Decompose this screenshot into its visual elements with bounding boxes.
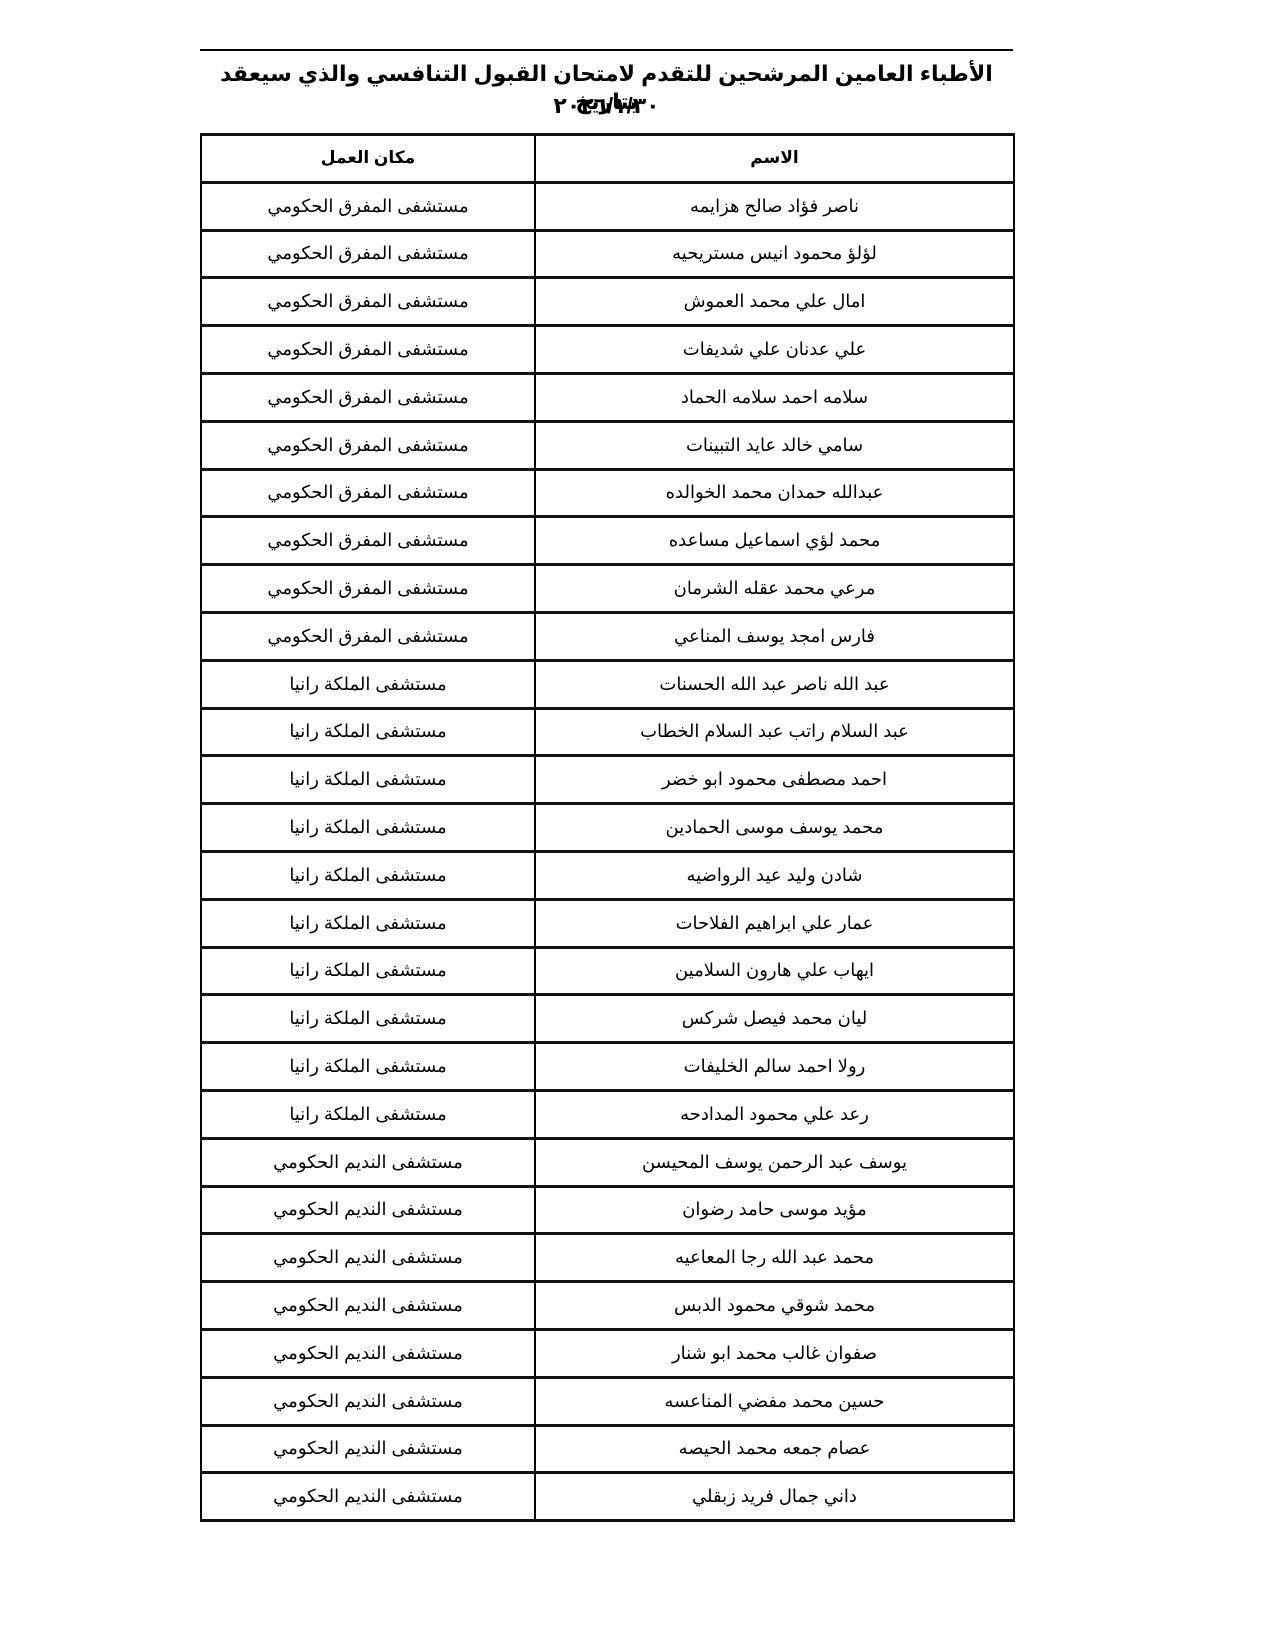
candidate-name-cell: ناصر فؤاد صالح هزايمه	[535, 182, 1014, 230]
column-header-name: الاسم	[535, 135, 1014, 183]
workplace-cell: مستشفى المفرق الحكومي	[201, 469, 535, 517]
table-row: رعد علي محمود المدادحهمستشفى الملكة راني…	[201, 1090, 1014, 1138]
candidate-name-cell: محمد عبد الله رجا المعاعيه	[535, 1234, 1014, 1282]
workplace-cell: مستشفى الملكة رانيا	[201, 995, 535, 1043]
table-row: مرعي محمد عقله الشرمانمستشفى المفرق الحك…	[201, 565, 1014, 613]
table-row: احمد مصطفى محمود ابو خضرمستشفى الملكة را…	[201, 756, 1014, 804]
table-row: رولا احمد سالم الخليفاتمستشفى الملكة ران…	[201, 1043, 1014, 1091]
table-row: علي عدنان علي شديفاتمستشفى المفرق الحكوم…	[201, 326, 1014, 374]
workplace-cell: مستشفى المفرق الحكومي	[201, 230, 535, 278]
workplace-cell: مستشفى المفرق الحكومي	[201, 182, 535, 230]
workplace-cell: مستشفى المفرق الحكومي	[201, 565, 535, 613]
workplace-cell: مستشفى الملكة رانيا	[201, 660, 535, 708]
column-header-workplace: مكان العمل	[201, 135, 535, 183]
candidate-name-cell: مرعي محمد عقله الشرمان	[535, 565, 1014, 613]
candidate-name-cell: محمد يوسف موسى الحمادين	[535, 804, 1014, 852]
table-row: لؤلؤ محمود انيس مستريحيهمستشفى المفرق ال…	[201, 230, 1014, 278]
table-row: محمد شوقي محمود الدبسمستشفى النديم الحكو…	[201, 1282, 1014, 1330]
candidate-name-cell: عبدالله حمدان محمد الخوالده	[535, 469, 1014, 517]
table-row: داني جمال فريد زبقليمستشفى النديم الحكوم…	[201, 1473, 1014, 1521]
candidates-table: الاسم مكان العمل ناصر فؤاد صالح هزايمهمس…	[200, 133, 1015, 1522]
table-row: محمد لؤي اسماعيل مساعدهمستشفى المفرق الح…	[201, 517, 1014, 565]
candidate-name-cell: رولا احمد سالم الخليفات	[535, 1043, 1014, 1091]
candidate-name-cell: عبد السلام راتب عبد السلام الخطاب	[535, 708, 1014, 756]
table-body: ناصر فؤاد صالح هزايمهمستشفى المفرق الحكو…	[201, 182, 1014, 1520]
candidate-name-cell: فارس امجد يوسف المناعي	[535, 612, 1014, 660]
workplace-cell: مستشفى النديم الحكومي	[201, 1329, 535, 1377]
candidate-name-cell: امال علي محمد العموش	[535, 278, 1014, 326]
candidate-name-cell: محمد شوقي محمود الدبس	[535, 1282, 1014, 1330]
workplace-cell: مستشفى المفرق الحكومي	[201, 612, 535, 660]
candidate-name-cell: عصام جمعه محمد الحيصه	[535, 1425, 1014, 1473]
workplace-cell: مستشفى الملكة رانيا	[201, 708, 535, 756]
workplace-cell: مستشفى الملكة رانيا	[201, 756, 535, 804]
workplace-cell: مستشفى المفرق الحكومي	[201, 278, 535, 326]
table-row: فارس امجد يوسف المناعيمستشفى المفرق الحك…	[201, 612, 1014, 660]
workplace-cell: مستشفى الملكة رانيا	[201, 947, 535, 995]
table-row: سامي خالد عايد التبيناتمستشفى المفرق الح…	[201, 421, 1014, 469]
workplace-cell: مستشفى الملكة رانيا	[201, 1090, 535, 1138]
candidate-name-cell: عبد الله ناصر عبد الله الحسنات	[535, 660, 1014, 708]
table-row: ناصر فؤاد صالح هزايمهمستشفى المفرق الحكو…	[201, 182, 1014, 230]
table-row: يوسف عبد الرحمن يوسف المحيسنمستشفى الندي…	[201, 1138, 1014, 1186]
candidate-name-cell: شادن وليد عيد الرواضيه	[535, 851, 1014, 899]
document-page: الأطباء العامين المرشحين للتقدم لامتحان …	[0, 0, 1275, 1650]
candidate-name-cell: محمد لؤي اسماعيل مساعده	[535, 517, 1014, 565]
workplace-cell: مستشفى النديم الحكومي	[201, 1425, 535, 1473]
workplace-cell: مستشفى النديم الحكومي	[201, 1473, 535, 1521]
workplace-cell: مستشفى النديم الحكومي	[201, 1138, 535, 1186]
table-row: محمد يوسف موسى الحمادينمستشفى الملكة ران…	[201, 804, 1014, 852]
candidate-name-cell: ايهاب علي هارون السلامين	[535, 947, 1014, 995]
candidate-name-cell: صفوان غالب محمد ابو شنار	[535, 1329, 1014, 1377]
candidate-name-cell: لؤلؤ محمود انيس مستريحيه	[535, 230, 1014, 278]
candidate-name-cell: سلامه احمد سلامه الحماد	[535, 373, 1014, 421]
workplace-cell: مستشفى المفرق الحكومي	[201, 517, 535, 565]
top-rule-divider	[200, 49, 1013, 51]
table-row: مؤيد موسى حامد رضوانمستشفى النديم الحكوم…	[201, 1186, 1014, 1234]
candidate-name-cell: ليان محمد فيصل شركس	[535, 995, 1014, 1043]
candidate-name-cell: مؤيد موسى حامد رضوان	[535, 1186, 1014, 1234]
table-header-row: الاسم مكان العمل	[201, 135, 1014, 183]
candidate-name-cell: سامي خالد عايد التبينات	[535, 421, 1014, 469]
table-row: حسين محمد مفضي المناعسهمستشفى النديم الح…	[201, 1377, 1014, 1425]
exam-date: ٢٠٢٦/١/٣٠	[200, 92, 1013, 120]
table-row: ليان محمد فيصل شركسمستشفى الملكة رانيا	[201, 995, 1014, 1043]
table-row: امال علي محمد العموشمستشفى المفرق الحكوم…	[201, 278, 1014, 326]
workplace-cell: مستشفى النديم الحكومي	[201, 1377, 535, 1425]
table-row: سلامه احمد سلامه الحمادمستشفى المفرق الح…	[201, 373, 1014, 421]
workplace-cell: مستشفى النديم الحكومي	[201, 1282, 535, 1330]
candidate-name-cell: داني جمال فريد زبقلي	[535, 1473, 1014, 1521]
table-row: ايهاب علي هارون السلامينمستشفى الملكة را…	[201, 947, 1014, 995]
candidate-name-cell: علي عدنان علي شديفات	[535, 326, 1014, 374]
candidate-name-cell: رعد علي محمود المدادحه	[535, 1090, 1014, 1138]
table-row: عبدالله حمدان محمد الخوالدهمستشفى المفرق…	[201, 469, 1014, 517]
candidate-name-cell: عمار علي ابراهيم الفلاحات	[535, 899, 1014, 947]
workplace-cell: مستشفى الملكة رانيا	[201, 851, 535, 899]
workplace-cell: مستشفى النديم الحكومي	[201, 1234, 535, 1282]
workplace-cell: مستشفى الملكة رانيا	[201, 804, 535, 852]
candidate-name-cell: احمد مصطفى محمود ابو خضر	[535, 756, 1014, 804]
candidate-name-cell: حسين محمد مفضي المناعسه	[535, 1377, 1014, 1425]
table-row: صفوان غالب محمد ابو شنارمستشفى النديم ال…	[201, 1329, 1014, 1377]
workplace-cell: مستشفى المفرق الحكومي	[201, 421, 535, 469]
table-row: عصام جمعه محمد الحيصهمستشفى النديم الحكو…	[201, 1425, 1014, 1473]
workplace-cell: مستشفى النديم الحكومي	[201, 1186, 535, 1234]
table-row: محمد عبد الله رجا المعاعيهمستشفى النديم …	[201, 1234, 1014, 1282]
workplace-cell: مستشفى الملكة رانيا	[201, 1043, 535, 1091]
table-row: عبد السلام راتب عبد السلام الخطابمستشفى …	[201, 708, 1014, 756]
table-row: شادن وليد عيد الرواضيهمستشفى الملكة راني…	[201, 851, 1014, 899]
workplace-cell: مستشفى الملكة رانيا	[201, 899, 535, 947]
table-row: عمار علي ابراهيم الفلاحاتمستشفى الملكة ر…	[201, 899, 1014, 947]
table-row: عبد الله ناصر عبد الله الحسناتمستشفى الم…	[201, 660, 1014, 708]
workplace-cell: مستشفى المفرق الحكومي	[201, 373, 535, 421]
workplace-cell: مستشفى المفرق الحكومي	[201, 326, 535, 374]
candidate-name-cell: يوسف عبد الرحمن يوسف المحيسن	[535, 1138, 1014, 1186]
